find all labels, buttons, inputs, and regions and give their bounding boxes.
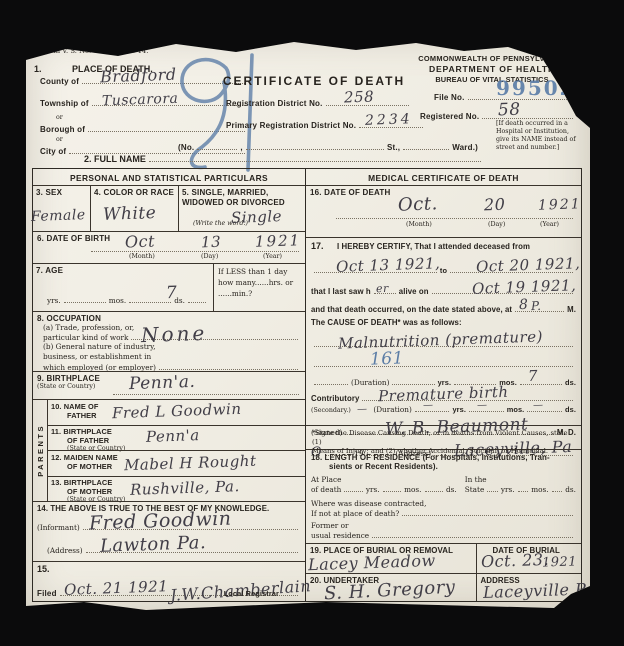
contributory-label: Contributory — [311, 394, 359, 403]
medical-title: MEDICAL CERTIFICATE OF DEATH — [306, 169, 581, 186]
birthplace-underline — [113, 394, 299, 395]
secondary-dash-1: — — [357, 405, 368, 415]
in-state-line: State yrs. mos. ds. — [465, 484, 576, 494]
age-yrs-label: yrs. — [47, 296, 61, 305]
dod-label: 16. DATE OF DEATH — [310, 188, 577, 197]
dob-year-handwriting: 1921 — [255, 233, 302, 250]
informant-address-handwriting: Lawton Pa. — [99, 534, 206, 556]
state-yrs: yrs. — [501, 485, 515, 494]
state-underline-3 — [552, 484, 563, 492]
street-underline-3 — [403, 142, 449, 150]
secondary-dash-4: — — [533, 401, 544, 411]
filed-row: 15. Filed Oct. 21 1921 J.W.Chamberlain L… — [33, 562, 305, 601]
at-place-ds: ds. — [446, 485, 457, 494]
duration-lead-underline — [314, 377, 348, 385]
informant-underline: Fred Goodwin — [83, 522, 298, 530]
if-not-underline — [402, 508, 573, 516]
occupation-b-line2: business, or establishment in — [37, 352, 301, 362]
secondary-duration-line: (Secondary.) — (Duration) — yrs. — mos. … — [311, 404, 576, 415]
cause-extra-underline: 161 — [314, 359, 573, 367]
residence-in-state: In the State yrs. mos. ds. — [457, 475, 576, 494]
state-underline-2 — [518, 484, 529, 492]
race-cell: 4. COLOR OR RACE White — [91, 186, 179, 231]
race-label: 4. COLOR OR RACE — [94, 188, 175, 197]
residence-at-place: At Place of death yrs. mos. ds. — [311, 475, 457, 494]
at-place-line: of death yrs. mos. ds. — [311, 484, 457, 494]
duration-label: (Duration) — [351, 378, 389, 387]
sex-cell: 3. SEX Female — [33, 186, 91, 231]
at-place-label: At Place — [311, 475, 457, 484]
full-name-label: 2. FULL NAME — [84, 154, 146, 164]
age-note-line1: If LESS than 1 day — [218, 267, 301, 278]
attended-dates-line: Oct 13 1921, to Oct 20 1921, — [311, 265, 576, 275]
last-saw-date-underline: Oct 19 1921, — [432, 286, 573, 294]
footnote-row: *State the Disease Causing Death; or in … — [306, 426, 581, 450]
personal-title: PERSONAL AND STATISTICAL PARTICULARS — [33, 169, 305, 186]
sex-race-marital-row: 3. SEX Female 4. COLOR OR RACE White 5. … — [33, 186, 305, 232]
usual-residence-line: usual residence — [311, 530, 576, 540]
or-label-1: or — [56, 114, 63, 121]
hour-underline: 8 P. — [515, 304, 564, 312]
last-saw-text: that I last saw h — [311, 287, 371, 296]
occupation-b-line3: which employed (or employer) — [37, 362, 301, 372]
dob-cap-month: (Month) — [129, 253, 155, 260]
personal-column: PERSONAL AND STATISTICAL PARTICULARS 3. … — [33, 169, 306, 601]
borough-label: Borough of — [40, 125, 85, 134]
birthplace-row: 9. BIRTHPLACE (State or Country) Penn'a. — [33, 372, 305, 400]
footnote-line1: *State the Disease Causing Death; or in … — [312, 429, 575, 447]
age-units-line: yrs. mos. 7 ds. — [47, 295, 209, 305]
at-place-mos: mos. — [404, 485, 421, 494]
at-place-underline-3 — [425, 484, 444, 492]
age-yrs-underline — [64, 295, 106, 303]
duration-ds-handwriting: 7 — [528, 369, 539, 384]
her-handwriting: er — [376, 283, 389, 294]
her-underline: er — [374, 286, 396, 294]
marital-cell: 5. SINGLE, MARRIED, WIDOWED OR DIVORCED … — [179, 186, 305, 231]
usual-residence-underline — [372, 530, 573, 538]
parents-group: PARENTS 10. NAME OF FATHER Fred L Goodwi… — [33, 400, 305, 502]
primary-district-line: Primary Registration District No. 2234 — [226, 120, 426, 130]
attended-to-underline: Oct 20 1921, — [450, 265, 573, 273]
certify-text: I HEREBY CERTIFY, That I attended deceas… — [337, 242, 530, 251]
filed-label: Filed — [37, 589, 57, 598]
of-death-label: of death — [311, 485, 341, 494]
residence-columns: At Place of death yrs. mos. ds. In the — [311, 475, 576, 494]
birthplace-handwriting: Penn'a. — [129, 374, 196, 393]
father-bp-handwriting: Penn'a — [146, 429, 200, 446]
burial-date-handwriting: Oct. 23. — [480, 552, 549, 570]
marital-label: 5. SINGLE, MARRIED, WIDOWED OR DIVORCED — [182, 188, 302, 207]
dod-cap-month: (Month) — [406, 221, 432, 228]
sex-label: 3. SEX — [36, 188, 87, 197]
full-name-underline — [149, 154, 481, 162]
last-saw-line: that I last saw h er alive on Oct 19 192… — [311, 286, 576, 296]
dod-cap-day: (Day) — [488, 221, 505, 228]
at-place-underline-1 — [344, 484, 363, 492]
father-name-row: 10. NAME OF FATHER Fred L Goodwin — [48, 400, 305, 425]
local-registrar-label: Local Registrar — [224, 589, 279, 598]
certificate-title: CERTIFICATE OF DEATH — [222, 74, 406, 88]
registration-district-handwriting: 258 — [343, 89, 374, 105]
township-label: Township of — [40, 99, 89, 108]
informant-address-label: (Address) — [47, 546, 83, 555]
age-label: 7. AGE — [36, 266, 210, 275]
burial-year-handwriting: 1921 — [542, 555, 578, 569]
in-the-label: In the — [465, 475, 576, 484]
form-body: PERSONAL AND STATISTICAL PARTICULARS 3. … — [32, 168, 582, 602]
state-label: State — [465, 485, 485, 494]
parents-vertical-label: PARENTS — [33, 400, 48, 501]
full-name-line: 2. FULL NAME — [84, 154, 484, 164]
age-main-cell: 7. AGE yrs. mos. 7 ds. — [33, 264, 213, 311]
secondary-dash-2: — — [423, 401, 434, 411]
dob-underline — [91, 251, 299, 252]
cause-label: The CAUSE OF DEATH* was as follows: — [311, 318, 576, 327]
hospital-note: [If death occurred in a Hospital or Inst… — [496, 120, 580, 151]
undertaker-cell: 20. UNDERTAKER S. H. Gregory — [306, 574, 477, 601]
ampm-handwriting: P. — [531, 300, 542, 312]
commonwealth-label: COMMONWEALTH OF PENNSYLVANIA. — [404, 54, 580, 63]
undertaker-signature: S. H. Gregory — [324, 579, 456, 604]
registered-no-label: Registered No. — [420, 112, 479, 121]
informant-row: 14. THE ABOVE IS TRUE TO THE BEST OF MY … — [33, 502, 305, 562]
marital-handwriting: Single — [231, 209, 283, 226]
attended-from-handwriting: Oct 13 1921, — [336, 256, 441, 275]
ward-label: Ward.) — [452, 143, 478, 152]
dob-cap-day: (Day) — [201, 253, 218, 260]
or-label-2: or — [56, 136, 63, 143]
registered-no-handwriting: 58 — [498, 102, 521, 120]
duration2-underline-3: — — [527, 404, 562, 412]
section-17-label: 17. — [311, 241, 337, 251]
burial-date-cell: DATE OF BURIAL Oct. 23. 1921 — [477, 544, 582, 573]
duration2-underline-2: — — [469, 404, 504, 412]
primary-district-underline: 2234 — [359, 120, 423, 128]
city-label: City of — [40, 147, 66, 156]
residence-block: 18. LENGTH OF RESIDENCE (For Hospitals, … — [306, 450, 581, 544]
occupation-handwriting: None — [141, 323, 208, 345]
residence-heading-2: sients or Recent Residents). — [311, 462, 576, 471]
occupation-b-line3-text: which employed (or employer) — [43, 363, 156, 372]
alive-on-label: alive on — [399, 287, 429, 296]
registered-no-underline: 58 — [482, 111, 573, 119]
hour-handwriting: 8 — [519, 298, 529, 312]
duration2-yrs: yrs. — [452, 405, 466, 414]
mother-name-row: 12. MAIDEN NAME OF MOTHER Mabel H Rought — [48, 450, 305, 476]
informant-address-underline: Lawton Pa. — [86, 545, 298, 553]
filed-date-handwriting: Oct. 21 1921 — [63, 579, 168, 598]
cause-handwriting: Malnutrition (premature) — [338, 329, 543, 351]
cause-line: Malnutrition (premature) — [311, 339, 576, 347]
mother-birthplace-row: 13. BIRTHPLACE OF MOTHER (State or Count… — [48, 476, 305, 501]
form-number: Form V. S. No. 5—55M. 9-1-14. — [42, 47, 148, 55]
age-note-cell: If LESS than 1 day how many......hrs. or… — [213, 264, 305, 311]
dod-underline — [336, 218, 573, 219]
state-ds: ds. — [565, 485, 576, 494]
dob-month-handwriting: Oct — [125, 233, 156, 250]
dod-year-handwriting: 1921 — [538, 197, 582, 213]
no-label: (No. — [178, 143, 194, 152]
last-saw-date-handwriting: Oct 19 1921, — [471, 278, 576, 297]
parents-rows: 10. NAME OF FATHER Fred L Goodwin 11. BI… — [48, 400, 305, 501]
cause-extra-line: 161 — [311, 359, 576, 367]
certification-block: 17. I HEREBY CERTIFY, That I attended de… — [306, 238, 581, 426]
age-row: 7. AGE yrs. mos. 7 ds. If LESS than 1 da… — [33, 264, 305, 312]
contracted-label: Where was disease contracted, — [311, 499, 576, 508]
age-note-line2: how many......hrs. or — [218, 278, 301, 289]
sex-handwriting: Female — [31, 208, 86, 224]
former-label: Former or — [311, 521, 576, 530]
dod-day-handwriting: 20 — [484, 197, 506, 214]
undertaker-row: 20. UNDERTAKER S. H. Gregory ADDRESS Lac… — [306, 574, 581, 601]
occupation-b-underline — [159, 362, 298, 370]
registration-district-line: Registration District No. 258 — [226, 98, 412, 108]
cause-underline: Malnutrition (premature) — [314, 339, 573, 347]
date-of-birth-row: 6. DATE OF BIRTH Oct 13 1921 (Month) (Da… — [33, 232, 305, 264]
duration-ds: ds. — [565, 378, 576, 387]
m-label: M. — [567, 305, 576, 314]
age-ds-handwriting: 7 — [166, 285, 178, 302]
burial-place-handwriting: Lacey Meadow — [308, 553, 436, 573]
duration2-label: (Duration) — [373, 405, 411, 414]
dod-month-handwriting: Oct. — [398, 195, 438, 214]
street-underline-2 — [246, 142, 384, 150]
father-birthplace-row: 11. BIRTHPLACE OF FATHER (State or Count… — [48, 425, 305, 450]
duration2-underline-1: — — [415, 404, 450, 412]
usual-residence-label: usual residence — [311, 531, 369, 540]
occupation-a-line2-text: particular kind of work — [43, 333, 128, 342]
cause-code-stamp: 161 — [370, 350, 405, 368]
if-not-label: If not at place of death? — [311, 509, 399, 518]
informant-handwriting: Fred Goodwin — [88, 510, 231, 534]
age-note-line3: ......min.? — [218, 289, 301, 300]
certify-heading: 17. I HEREBY CERTIFY, That I attended de… — [311, 241, 576, 251]
duration2-mos: mos. — [507, 405, 525, 414]
department-label: DEPARTMENT OF HEALTH — [404, 64, 580, 74]
file-no-label: File No. — [434, 93, 465, 102]
at-place-underline-2 — [383, 484, 402, 492]
dob-cap-year: (Year) — [263, 253, 282, 260]
date-of-death-row: 16. DATE OF DEATH Oct. 20 1921 (Month) (… — [306, 186, 581, 238]
at-place-yrs: yrs. — [366, 485, 380, 494]
burial-place-cell: 19. PLACE OF BURIAL OR REMOVAL Lacey Mea… — [306, 544, 477, 573]
burial-row: 19. PLACE OF BURIAL OR REMOVAL Lacey Mea… — [306, 544, 581, 574]
county-label: County of — [40, 77, 79, 86]
secondary-label: (Secondary.) — [311, 407, 351, 414]
mother-bp-handwriting: Rushville, Pa. — [130, 479, 240, 498]
attended-from-underline: Oct 13 1921, — [314, 265, 437, 273]
primary-district-label: Primary Registration District No. — [226, 121, 356, 130]
age-mos-label: mos. — [109, 296, 126, 305]
informant-label: (Informant) — [37, 523, 80, 532]
registration-district-label: Registration District No. — [226, 99, 323, 108]
secondary-dash-3: — — [477, 401, 488, 411]
age-mos-underline: 7 — [129, 295, 171, 303]
informant-address-line: (Address) Lawton Pa. — [37, 545, 301, 555]
street-ward-line: (No. , St., Ward.) — [178, 142, 478, 152]
section-15-label: 15. — [37, 564, 301, 574]
registration-district-underline: 258 — [326, 98, 409, 106]
informant-line: (Informant) Fred Goodwin — [37, 522, 301, 532]
death-occurred-line: and that death occurred, on the date sta… — [311, 304, 576, 314]
street-underline-1 — [197, 142, 237, 150]
age-ds-underline — [188, 295, 206, 303]
occupation-row: 8. OCCUPATION (a) Trade, profession, or,… — [33, 312, 305, 372]
to-label: to — [440, 266, 447, 275]
comma-label: , — [240, 143, 242, 152]
duration2-ds: ds. — [565, 405, 576, 414]
death-certificate-document: Form V. S. No. 5—55M. 9-1-14. 1. PLACE O… — [26, 34, 590, 612]
duration-underline-1 — [392, 377, 434, 385]
medical-column: MEDICAL CERTIFICATE OF DEATH 16. DATE OF… — [306, 169, 581, 601]
dob-day-handwriting: 13 — [201, 235, 222, 251]
state-underline-1 — [487, 484, 498, 492]
blue-pencil-mark-91 — [164, 50, 284, 185]
attended-to-handwriting: Oct 20 1921, — [476, 256, 581, 275]
death-occurred-text: and that death occurred, on the date sta… — [311, 305, 512, 314]
section-1-number: 1. — [34, 64, 42, 74]
file-number-stamp: 99502 — [496, 76, 576, 100]
residence-heading-1: 18. LENGTH OF RESIDENCE (For Hospitals, … — [311, 453, 576, 462]
undertaker-address-cell: ADDRESS Laceyville Pa. — [477, 574, 582, 601]
duration-underline-3: 7 — [520, 377, 562, 385]
st-label: St., — [387, 143, 400, 152]
undertaker-address-handwriting: Laceyville Pa. — [482, 581, 601, 601]
father-name-handwriting: Fred L Goodwin — [112, 402, 242, 422]
state-mos: mos. — [531, 485, 548, 494]
race-handwriting: White — [103, 205, 157, 224]
dod-cap-year: (Year) — [540, 221, 559, 228]
contributory-handwriting: Premature birth — [378, 385, 509, 405]
if-not-line: If not at place of death? — [311, 508, 576, 518]
